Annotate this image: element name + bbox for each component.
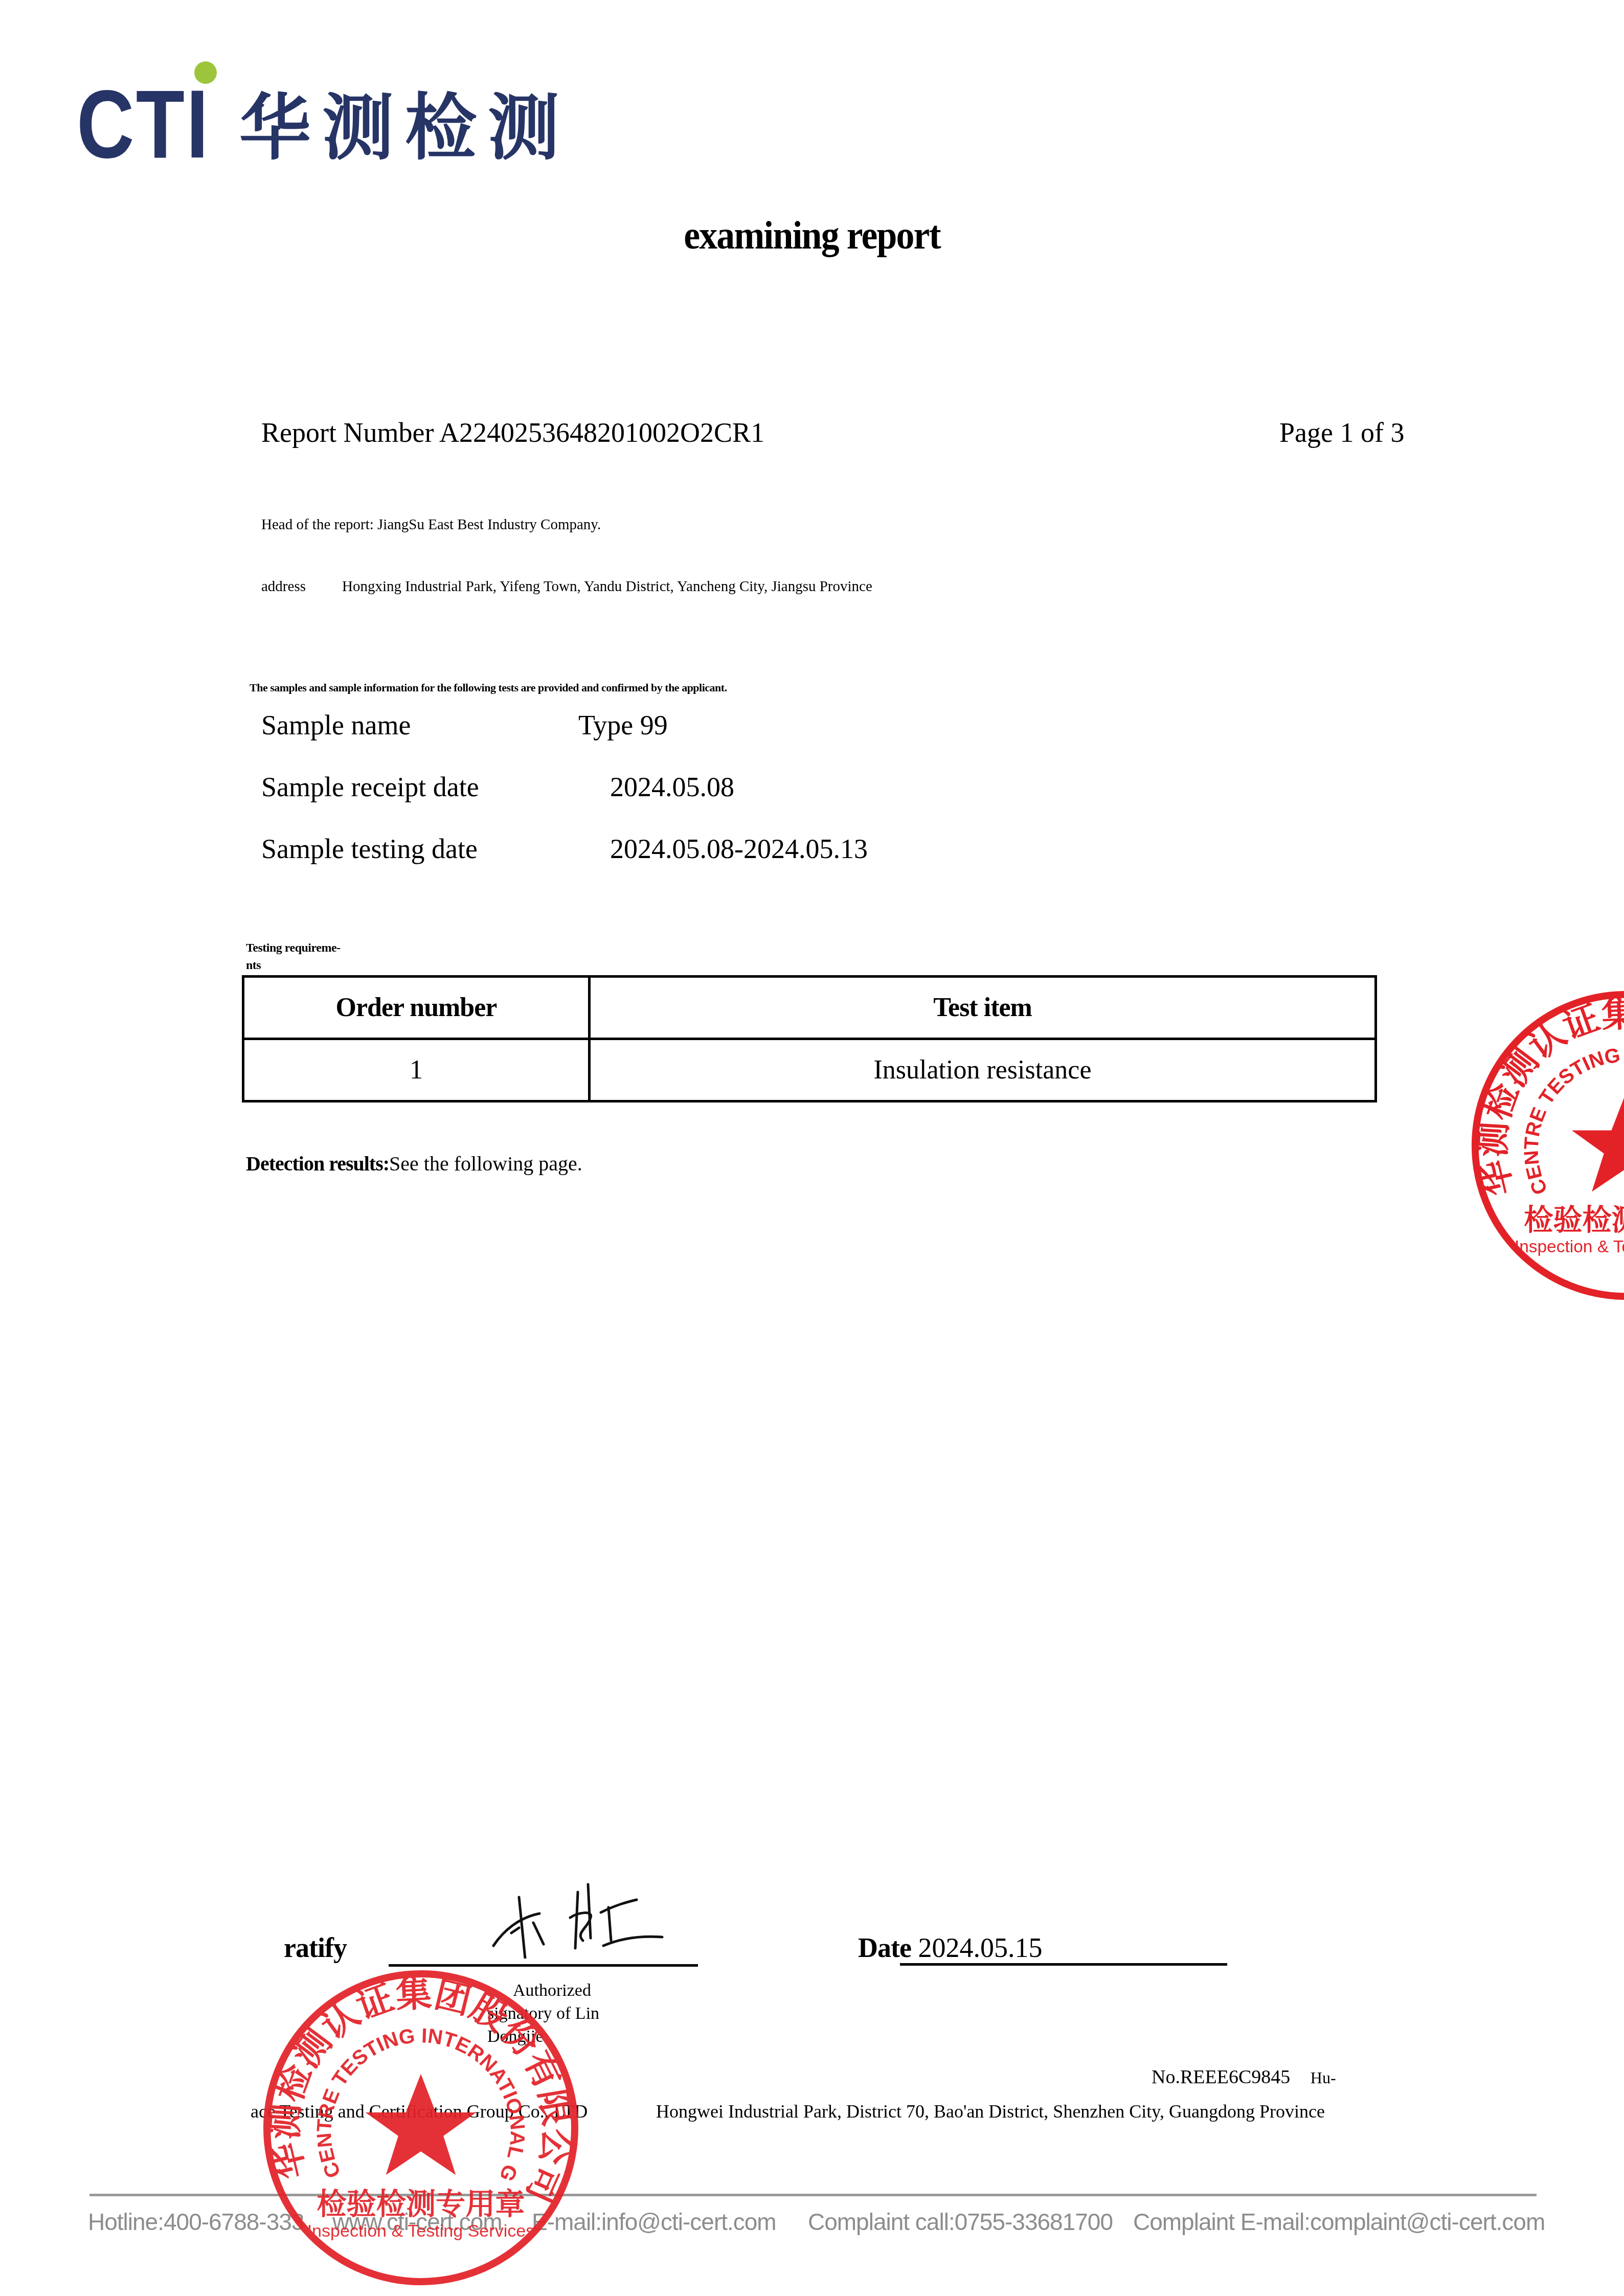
sample-note: The samples and sample information for t… [250,681,727,694]
seal-icon: 华测检测认证集团股份有限公司 CENTRE TESTING INTERNATIO… [1470,989,1624,1301]
handwritten-signature-icon [488,1882,683,1959]
footer-complaint-email[interactable]: Complaint E-mail:complaint@cti-cert.com [1133,2208,1545,2236]
document-number: No.REEE6C9845 Hu- [1152,2066,1336,2088]
table-row: 1 Insulation resistance [243,1039,1376,1101]
report-head-value: JiangSu East Best Industry Company. [377,516,601,533]
sample-receipt-date-label: Sample receipt date [261,771,479,803]
col-header-order-number: Order number [243,977,590,1039]
page-indicator: Page 1 of 3 [1279,417,1404,448]
address-label: address [261,578,306,595]
cell-test-item: Insulation resistance [590,1039,1376,1101]
report-number: Report Number A2240253648201002O2CR1 [261,417,764,448]
logo-dot-icon [194,61,217,84]
address-value: Hongxing Industrial Park, Yifeng Town, Y… [342,578,872,595]
detection-results-value: See the following page. [389,1152,582,1175]
official-seal-stamp-right: 华测检测认证集团股份有限公司 CENTRE TESTING INTERNATIO… [1470,989,1624,1301]
date-label: Date [858,1932,911,1963]
seal-en-center-text: Inspection & Testing Services [1515,1237,1624,1256]
footer-complaint-call: Complaint call:0755-33681700 [808,2208,1113,2236]
seal-cn-center-text: 检验检测专用章 [1524,1203,1624,1237]
sample-receipt-date-value: 2024.05.08 [610,771,734,803]
testing-requirements-label: Testing requireme- nts [246,939,341,974]
col-header-test-item: Test item [590,977,1376,1039]
test-items-table: Order number Test item 1 Insulation resi… [242,975,1377,1102]
cti-logo: CTI 华测检测 [77,56,598,174]
seal-icon: 华测检测认证集团股份有限公司 CENTRE TESTING INTERNATIO… [262,1969,580,2287]
company-prefix: Hu- [1311,2068,1336,2087]
date-field: Date 2024.05.15 [858,1932,1042,1964]
detection-results-label: Detection results: [246,1152,389,1175]
testing-requirements-label-line2: nts [246,957,341,974]
testing-requirements-label-line1: Testing requireme- [246,939,341,957]
sample-testing-date-value: 2024.05.08-2024.05.13 [610,833,868,865]
detection-results: Detection results:See the following page… [246,1152,582,1176]
document-number-value: No.REEE6C9845 [1152,2066,1290,2088]
sample-name-label: Sample name [261,709,411,741]
official-seal-stamp-bottom: 华测检测认证集团股份有限公司 CENTRE TESTING INTERNATIO… [262,1969,580,2287]
logo-brand: CTI [77,86,210,163]
signature-line [389,1964,698,1967]
cell-order-number: 1 [243,1039,590,1101]
seal-en-center-text: Inspection & Testing Services [307,2221,535,2241]
sample-testing-date-label: Sample testing date [261,833,478,865]
date-value: 2024.05.15 [918,1932,1042,1963]
report-head-label: Head of the report: [261,516,374,533]
sample-name-value: Type 99 [578,709,668,741]
report-number-value: A2240253648201002O2CR1 [439,417,764,448]
report-head: Head of the report: JiangSu East Best In… [261,516,601,533]
seal-cn-center-text: 检验检测专用章 [317,2187,525,2221]
report-number-label: Report Number [261,417,434,448]
table-header-row: Order number Test item [243,977,1376,1039]
date-line [900,1963,1227,1966]
ratify-label: ratify [284,1932,347,1964]
logo-cn-name: 华测检测 [239,90,571,167]
issuer-address: Hongwei Industrial Park, District 70, Ba… [656,2101,1325,2122]
document-title: examining report [65,212,1559,258]
signature [488,1882,683,1959]
